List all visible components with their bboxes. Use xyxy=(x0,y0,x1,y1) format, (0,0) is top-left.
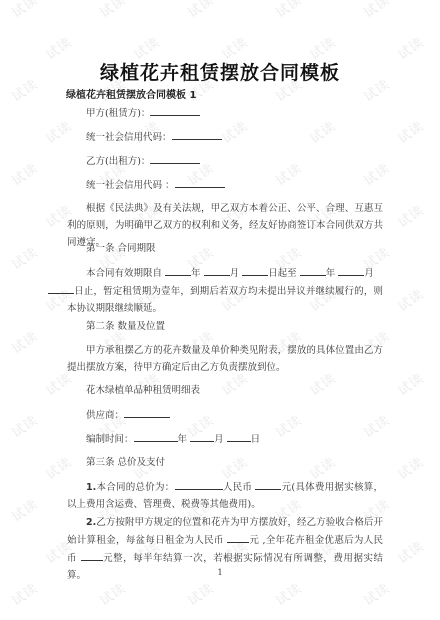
total-rmb-blank[interactable] xyxy=(255,478,281,490)
supplier-line: 供应商： xyxy=(86,406,170,424)
article-2-text: 甲方承租摆乙方的花卉数量及单价种类见附表，摆放的具体位置由乙方提出摆放方案，待甲… xyxy=(67,342,383,376)
article-1-heading: 第一条 合同期限 xyxy=(86,240,156,257)
start-month-blank[interactable] xyxy=(204,264,230,276)
total-price-blank[interactable] xyxy=(175,478,223,490)
article-1-text: 本合同有效期限自 年 月 日起至 年 月 日止，暂定租赁期为壹年，到期后若双方均… xyxy=(67,264,383,317)
party-a-blank[interactable] xyxy=(150,104,200,116)
annual-rent-blank[interactable] xyxy=(81,549,103,561)
end-month-blank[interactable] xyxy=(338,264,364,276)
compile-year-blank[interactable] xyxy=(134,430,178,442)
article-3-heading: 第三条 总价及支付 xyxy=(86,454,165,471)
compile-day-blank[interactable] xyxy=(227,430,251,442)
party-b-line: 乙方(出租方)： xyxy=(86,152,200,170)
start-day-blank[interactable] xyxy=(242,264,268,276)
page-number: 1 xyxy=(0,568,440,577)
party-a-code-label: 统一社会信用代码： xyxy=(86,132,172,143)
article-2-heading: 第二条 数量及位置 xyxy=(86,318,165,335)
party-b-blank[interactable] xyxy=(150,152,200,164)
party-a-code-blank[interactable] xyxy=(172,128,222,140)
clause-1: 1.本合同的总价为：人民币 元(具体费用据实核算，以上费用含运费、管理费、税费等… xyxy=(67,478,383,513)
compile-month-blank[interactable] xyxy=(190,430,214,442)
party-a-line: 甲方(租赁方)： xyxy=(86,104,200,122)
end-year-blank[interactable] xyxy=(300,264,326,276)
end-day-blank[interactable] xyxy=(48,282,74,294)
party-a-code-line: 统一社会信用代码： xyxy=(86,128,222,146)
schedule-title: 花木绿植单品种租赁明细表 xyxy=(86,382,200,399)
compile-time-line: 编制时间：年 月 日 xyxy=(86,430,260,448)
party-b-code-blank[interactable] xyxy=(175,176,225,188)
party-b-label: 乙方(出租方)： xyxy=(86,156,150,167)
document-page: 绿植花卉租赁摆放合同模板 绿植花卉租赁摆放合同模板 1 甲方(租赁方)： 统一社… xyxy=(0,0,440,620)
party-b-code-line: 统一社会信用代码 ： xyxy=(86,176,225,194)
party-b-code-label: 统一社会信用代码 ： xyxy=(86,180,175,191)
document-title: 绿植花卉租赁摆放合同模板 xyxy=(0,58,440,85)
document-subtitle: 绿植花卉租赁摆放合同模板 1 xyxy=(66,86,196,101)
party-a-label: 甲方(租赁方)： xyxy=(86,108,150,119)
start-year-blank[interactable] xyxy=(165,264,191,276)
daily-rent-blank[interactable] xyxy=(227,531,249,543)
supplier-blank[interactable] xyxy=(124,406,170,418)
